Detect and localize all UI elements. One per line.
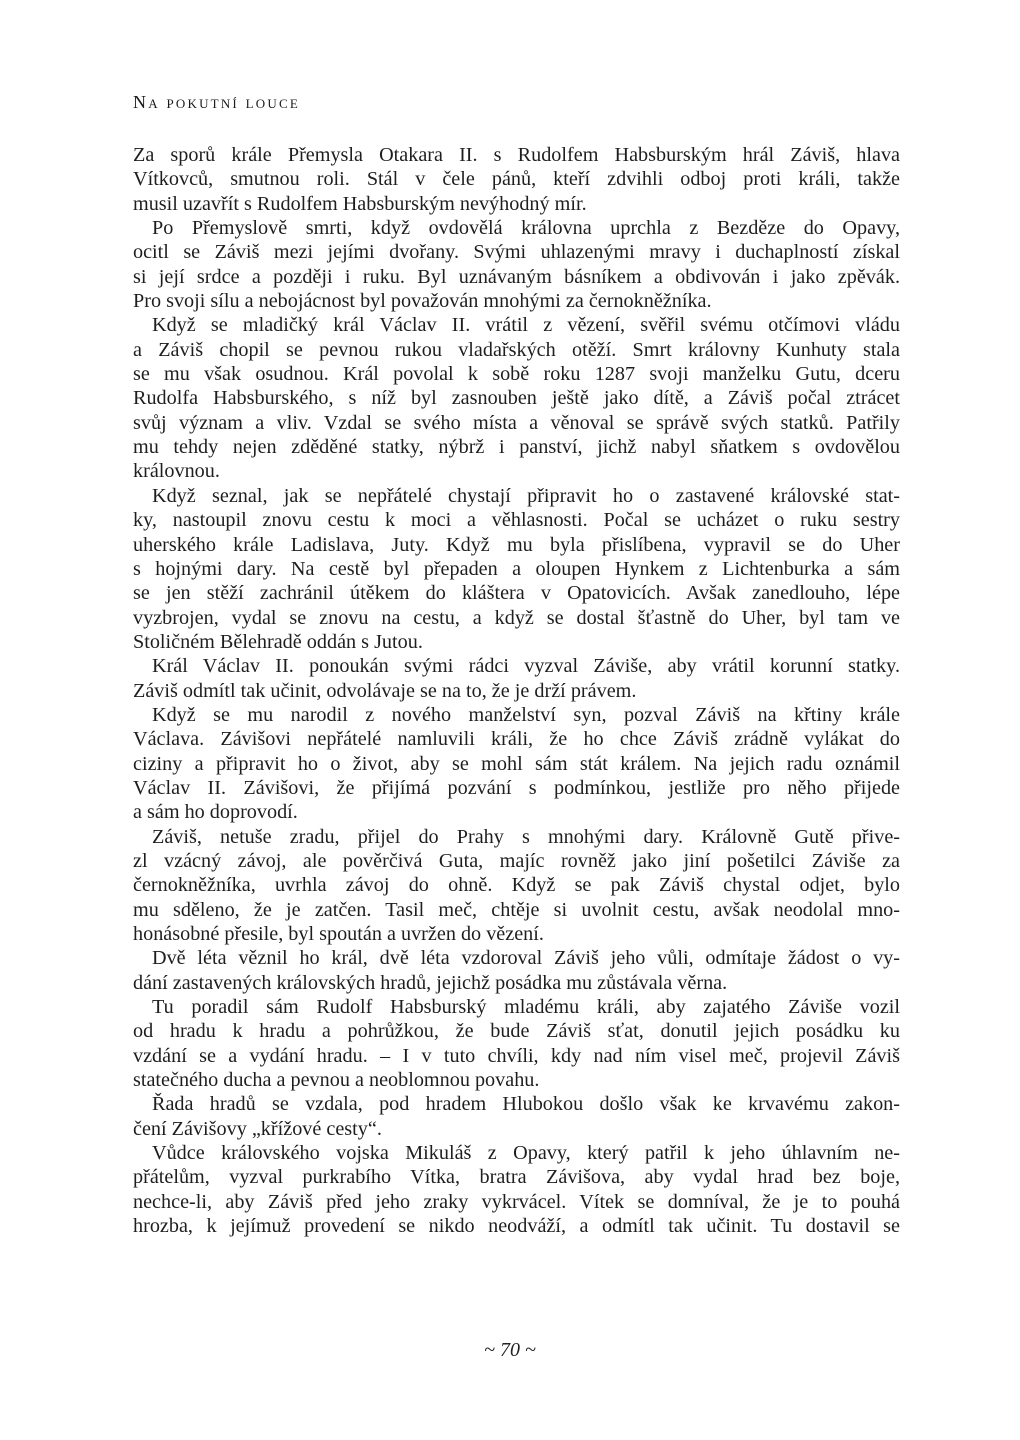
- paragraph: Když se mu narodil z nového manželství s…: [133, 703, 900, 825]
- text-line: černokněžníka, uvrhla závoj do ohně. Kdy…: [133, 873, 900, 897]
- text-line: přátelům, vyzval purkrabího Vítka, bratr…: [133, 1165, 900, 1189]
- text-line: královnou.: [133, 459, 900, 483]
- paragraph: Když seznal, jak se nepřátelé chystají p…: [133, 484, 900, 654]
- text-line: Za sporů krále Přemysla Otakara II. s Ru…: [133, 143, 900, 167]
- text-line: mu tehdy nejen zděděné statky, nýbrž i p…: [133, 435, 900, 459]
- text-line: Král Václav II. ponoukán svými rádci vyz…: [133, 654, 900, 678]
- text-line: Václava. Závišovi nepřátelé namluvili kr…: [133, 727, 900, 751]
- text-line: ocitl se Záviš mezi jejími dvořany. Svým…: [133, 240, 900, 264]
- paragraph: Řada hradů se vzdala, pod hradem Hluboko…: [133, 1092, 900, 1141]
- text-line: Když se mu narodil z nového manželství s…: [133, 703, 900, 727]
- text-line: statečného ducha a pevnou a neoblomnou p…: [133, 1068, 900, 1092]
- text-line: vyzbrojen, vydal se znovu na cestu, a kd…: [133, 606, 900, 630]
- paragraph: Když se mladičký král Václav II. vrátil …: [133, 313, 900, 483]
- text-line: a sám ho doprovodí.: [133, 800, 900, 824]
- paragraph: Za sporů krále Přemysla Otakara II. s Ru…: [133, 143, 900, 216]
- page-number: ~ 70 ~: [0, 1339, 1020, 1362]
- text-line: Když seznal, jak se nepřátelé chystají p…: [133, 484, 900, 508]
- paragraph: Dvě léta věznil ho král, dvě léta vzdoro…: [133, 946, 900, 995]
- paragraph: Záviš, netuše zradu, přijel do Prahy s m…: [133, 825, 900, 947]
- text-line: vzdání se a vydání hradu. – I v tuto chv…: [133, 1044, 900, 1068]
- text-line: Rudolfa Habsburského, s níž byl zasnoube…: [133, 386, 900, 410]
- text-line: mu sděleno, že je zatčen. Tasil meč, cht…: [133, 898, 900, 922]
- text-line: Záviš odmítl tak učinit, odvolávaje se n…: [133, 679, 900, 703]
- text-line: zl vzácný závoj, ale pověrčivá Guta, maj…: [133, 849, 900, 873]
- text-line: se mu však osudnou. Král povolal k sobě …: [133, 362, 900, 386]
- text-line: Záviš, netuše zradu, přijel do Prahy s m…: [133, 825, 900, 849]
- text-line: Václav II. Závišovi, že přijímá pozvání …: [133, 776, 900, 800]
- text-line: Vůdce královského vojska Mikuláš z Opavy…: [133, 1141, 900, 1165]
- text-line: čení Závišovy „křížové cesty“.: [133, 1117, 900, 1141]
- text-line: Dvě léta věznil ho král, dvě léta vzdoro…: [133, 946, 900, 970]
- text-line: ky, nastoupil znovu cestu k moci a věhla…: [133, 508, 900, 532]
- text-line: honásobné přesile, byl spoután a uvržen …: [133, 922, 900, 946]
- text-line: Pro svoji sílu a nebojácnost byl považov…: [133, 289, 900, 313]
- text-line: nechce-li, aby Záviš před jeho zraky vyk…: [133, 1190, 900, 1214]
- text-line: Po Přemyslově smrti, když ovdovělá králo…: [133, 216, 900, 240]
- text-line: svůj význam a vliv. Vzdal se svého místa…: [133, 411, 900, 435]
- paragraph: Tu poradil sám Rudolf Habsburský mladému…: [133, 995, 900, 1092]
- paragraph: Vůdce královského vojska Mikuláš z Opavy…: [133, 1141, 900, 1238]
- text-line: Vítkovců, smutnou roli. Stál v čele pánů…: [133, 167, 900, 191]
- text-line: musil uzavřít s Rudolfem Habsburským nev…: [133, 192, 900, 216]
- text-line: od hradu k hradu a pohrůžkou, že bude Zá…: [133, 1019, 900, 1043]
- text-line: se jen stěží zachránil útěkem do klášter…: [133, 581, 900, 605]
- text-line: a Záviš chopil se pevnou rukou vladařský…: [133, 338, 900, 362]
- text-line: si její srdce a později i ruku. Byl uzná…: [133, 265, 900, 289]
- text-line: Když se mladičký král Václav II. vrátil …: [133, 313, 900, 337]
- text-line: hrozba, k jejímuž provedení se nikdo neo…: [133, 1214, 900, 1238]
- text-line: Řada hradů se vzdala, pod hradem Hluboko…: [133, 1092, 900, 1116]
- body-text: Za sporů krále Přemysla Otakara II. s Ru…: [133, 143, 900, 1238]
- text-line: uherského krále Ladislava, Juty. Když mu…: [133, 533, 900, 557]
- running-head: Na pokutní louce: [133, 92, 300, 113]
- paragraph: Po Přemyslově smrti, když ovdovělá králo…: [133, 216, 900, 313]
- text-line: s hojnými dary. Na cestě byl přepaden a …: [133, 557, 900, 581]
- text-line: Stoličném Bělehradě oddán s Jutou.: [133, 630, 900, 654]
- text-line: ciziny a připravit ho o život, aby se mo…: [133, 752, 900, 776]
- text-line: Tu poradil sám Rudolf Habsburský mladému…: [133, 995, 900, 1019]
- text-line: dání zastavených královských hradů, jeji…: [133, 971, 900, 995]
- book-page: Na pokutní louce Za sporů krále Přemysla…: [0, 0, 1020, 1440]
- paragraph: Král Václav II. ponoukán svými rádci vyz…: [133, 654, 900, 703]
